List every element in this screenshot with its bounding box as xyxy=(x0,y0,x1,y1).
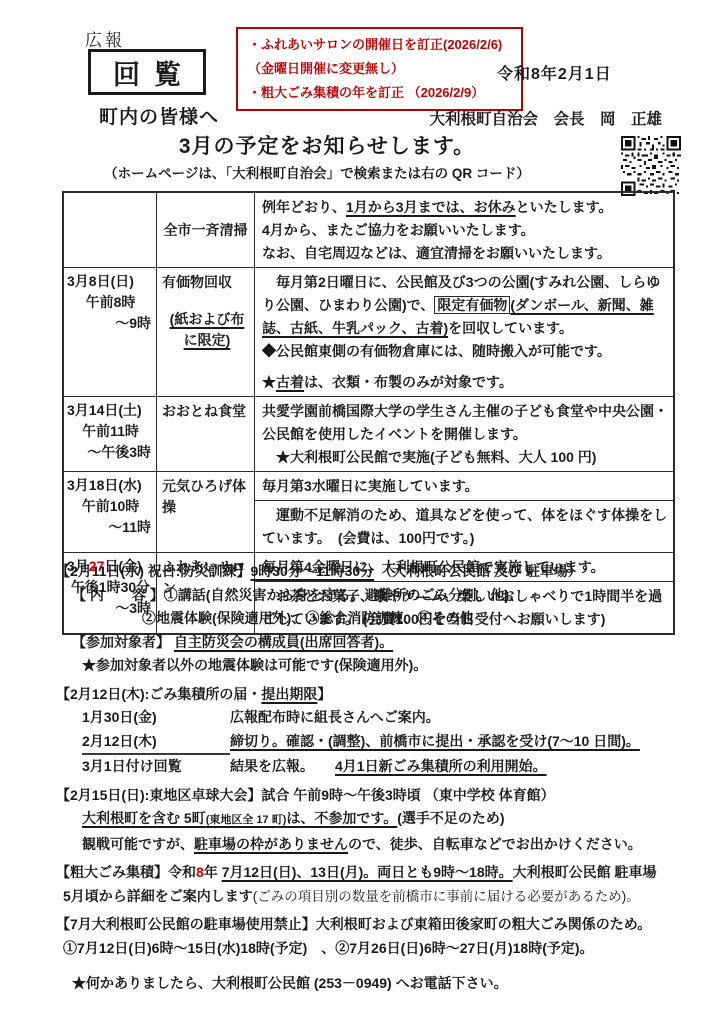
detail-line: 例年どおり、1月から3月までは、お休みといたします。 xyxy=(262,196,668,219)
date-line: 3月18日(水) xyxy=(67,475,154,496)
section-header: 【7月大利根町公民館の駐車場使用禁止】大利根町および東箱田後家町の粗大ごみ関係の… xyxy=(56,913,706,937)
date-line: 〜午後3時 xyxy=(67,442,154,463)
schedule-date-cell: 3月14日(土) 午前11時 〜午後3時 xyxy=(64,397,157,471)
section-gomi: 【2月12日(木):ごみ集積所の届・提出期限】 1月30日(金)広報配布時に組長… xyxy=(56,683,706,779)
schedule-event-cell: 全市一斉清掃 xyxy=(157,193,255,267)
page-title: 3月の予定をお知らせします。 xyxy=(0,130,654,160)
section-line: 大利根町を含む 5町(東地区全 17 町)は、不参加です。(選手不足のため) xyxy=(56,807,706,833)
section-bousai: 【2月11日(水) 祝日:防災訓練】9時30分〜11時30分 （大利根町公民館 … xyxy=(56,560,706,678)
detail-line: ◆公民館東側の有価物倉庫には、随時搬入が可能です。 xyxy=(262,340,668,363)
notice-page: 広報 回覧 ・ふれあいサロンの開催日を訂正(2026/2/6) （金曜日開催に変… xyxy=(0,0,724,1024)
schedule-date-cell: 3月18日(水) 午前10時 〜11時 xyxy=(64,472,157,552)
section-sodai: 【粗大ごみ集積】令和8年 7月12日(日)、13日(月)。両日とも9時〜18時。… xyxy=(56,861,706,908)
author-line: 大利根町自治会 会長 岡 正雄 xyxy=(429,107,662,129)
detail-line: 4月から、またご協力をお願いいたします。 xyxy=(262,219,668,242)
contact-line: ★何かありましたら、大利根町公民館 (253－0949) へお電話下さい。 xyxy=(56,972,706,996)
event-note: に限定) xyxy=(162,330,252,351)
table-row-taiso: 3月18日(水) 午前10時 〜11時 元気ひろげ体操 毎月第3水曜日に実施して… xyxy=(64,471,673,552)
event-label: 元気ひろげ体操 xyxy=(162,476,252,518)
event-label: おおとね食堂 xyxy=(162,401,252,422)
table-row-shokudo: 3月14日(土) 午前11時 〜午後3時 おおとね食堂 共愛学園前橋国際大学の学… xyxy=(64,396,673,471)
section-line: 1月30日(金)広報配布時に組長さんへご案内。 xyxy=(56,706,706,730)
section-line: ①7月12日(日)6時〜15日(水)18時(予定) 、②7月26日(日)6時〜2… xyxy=(56,937,706,961)
detail-line: ★大利根町公民館で実施(子ども無料、大人 100 円) xyxy=(262,446,668,469)
table-row-yukabutsu: 3月8日(日) 午前8時 〜9時 有価物回収 (紙および布 に限定) 毎月第2日… xyxy=(64,267,673,396)
detail-line: ★古着は、衣類・布製のみが対象です。 xyxy=(262,371,668,394)
date-line: 3月14日(土) xyxy=(67,400,154,421)
kairan-stamp: 回覧 xyxy=(88,49,206,95)
section-line: 5月頃から詳細をご案内します(ごみの項目別の数量を前橋市に事前に届ける必要がある… xyxy=(56,885,706,909)
schedule-date-cell xyxy=(64,193,157,267)
addressee: 町内の皆様へ xyxy=(99,102,219,129)
date-line: 午前8時 xyxy=(67,292,154,313)
section-line: 【参加対象者】 自主防災会の構成員(出席回答者)。 xyxy=(56,631,706,655)
section-line: ②地震体験(保険適用外)、③総合消防訓練、④その他 xyxy=(56,607,706,631)
event-note: (紙および布 xyxy=(162,309,252,330)
section-header: 【2月11日(水) 祝日:防災訓練】9時30分〜11時30分 （大利根町公民館 … xyxy=(56,560,706,584)
section-header: 【2月15日(日):東地区卓球大会】試合 午前9時〜午後3時頃 （東中学校 体育… xyxy=(56,784,706,808)
date-line: 午前10時 xyxy=(67,496,154,517)
section-header: 【2月12日(木):ごみ集積所の届・提出期限】 xyxy=(56,683,706,707)
date-line: 午前11時 xyxy=(67,421,154,442)
schedule-detail-cell: 共愛学園前橋国際大学の学生さん主催の子ども食堂や中央公園・公民館を使用したイベン… xyxy=(255,397,673,471)
schedule-event-cell: 有価物回収 (紙および布 に限定) xyxy=(157,268,255,396)
issue-date: 令和8年2月1日 xyxy=(497,61,612,84)
date-line: 3月8日(日) xyxy=(67,271,154,292)
date-line: 〜9時 xyxy=(67,313,154,334)
schedule-detail-cell: 毎月第3水曜日に実施しています。 運動不足解消のため、道具などを使って、体をほぐ… xyxy=(255,472,673,552)
schedule-event-cell: 元気ひろげ体操 xyxy=(157,472,255,552)
detail-line: 毎月第2日曜日に、公民館及び3つの公園(すみれ公園、しらゆり公園、ひまわり公園)… xyxy=(262,271,668,340)
correction-line-2: （金曜日開催に変更無し） xyxy=(248,57,511,81)
section-line: 【 内 容 】①講話(自然災害から身を守る。避難所のごみ分別。他)、 xyxy=(56,584,706,608)
detail-block: 運動不足解消のため、道具などを使って、体をほぐす体操をしています。 (会費は、1… xyxy=(255,500,673,552)
table-row-seiso: 全市一斉清掃 例年どおり、1月から3月までは、お休みといたします。 4月から、ま… xyxy=(64,193,673,267)
detail-block: 毎月第3水曜日に実施しています。 xyxy=(255,472,673,500)
correction-box: ・ふれあいサロンの開催日を訂正(2026/2/6) （金曜日開催に変更無し） ・… xyxy=(236,27,523,111)
schedule-event-cell: おおとね食堂 xyxy=(157,397,255,471)
section-parking: 【7月大利根町公民館の駐車場使用禁止】大利根町および東箱田後家町の粗大ごみ関係の… xyxy=(56,913,706,960)
schedule-detail-cell: 毎月第2日曜日に、公民館及び3つの公園(すみれ公園、しらゆり公園、ひまわり公園)… xyxy=(255,268,673,396)
event-label: 全市一斉清掃 xyxy=(164,220,248,241)
detail-line: なお、自宅周辺などは、適宜清掃をお願いいたします。 xyxy=(262,242,668,265)
qr-code xyxy=(621,136,681,196)
section-line: ★参加対象者以外の地震体験は可能です(保険適用外)。 xyxy=(56,654,706,678)
section-line: 観戦可能ですが、駐車場の枠がありませんので、徒歩、自転車などでお出かけください。 xyxy=(56,833,706,857)
footer-contact: ★何かありましたら、大利根町公民館 (253－0949) へお電話下さい。 xyxy=(56,972,706,996)
section-line: 3月1日付け回覧結果を広報。 4月1日新ごみ集積所の利用開始。 xyxy=(56,755,706,779)
schedule-date-cell: 3月8日(日) 午前8時 〜9時 xyxy=(64,268,157,396)
section-header: 【粗大ごみ集積】令和8年 7月12日(日)、13日(月)。両日とも9時〜18時。… xyxy=(56,861,706,885)
announcements: 【2月11日(水) 祝日:防災訓練】9時30分〜11時30分 （大利根町公民館 … xyxy=(56,560,706,1001)
section-takkyu: 【2月15日(日):東地区卓球大会】試合 午前9時〜午後3時頃 （東中学校 体育… xyxy=(56,784,706,857)
correction-line-1: ・ふれあいサロンの開催日を訂正(2026/2/6) xyxy=(248,33,511,57)
detail-line: 共愛学園前橋国際大学の学生さん主催の子ども食堂や中央公園・公民館を使用したイベン… xyxy=(262,400,668,446)
correction-line-3: ・粗大ごみ集積の年を訂正 （2026/2/9） xyxy=(248,81,511,105)
koho-label: 広報 xyxy=(85,26,125,51)
section-line: 2月12日(木)締切り。確認・(調整)、前橋市に提出・承認を受け(7〜10 日間… xyxy=(56,730,706,756)
schedule-detail-cell: 例年どおり、1月から3月までは、お休みといたします。 4月から、またご協力をお願… xyxy=(255,193,673,267)
homepage-note: （ホームページは、「大利根町自治会」で検索または右の QR コード） xyxy=(0,162,634,182)
date-line: 〜11時 xyxy=(67,517,154,538)
event-label: 有価物回収 xyxy=(162,272,252,293)
